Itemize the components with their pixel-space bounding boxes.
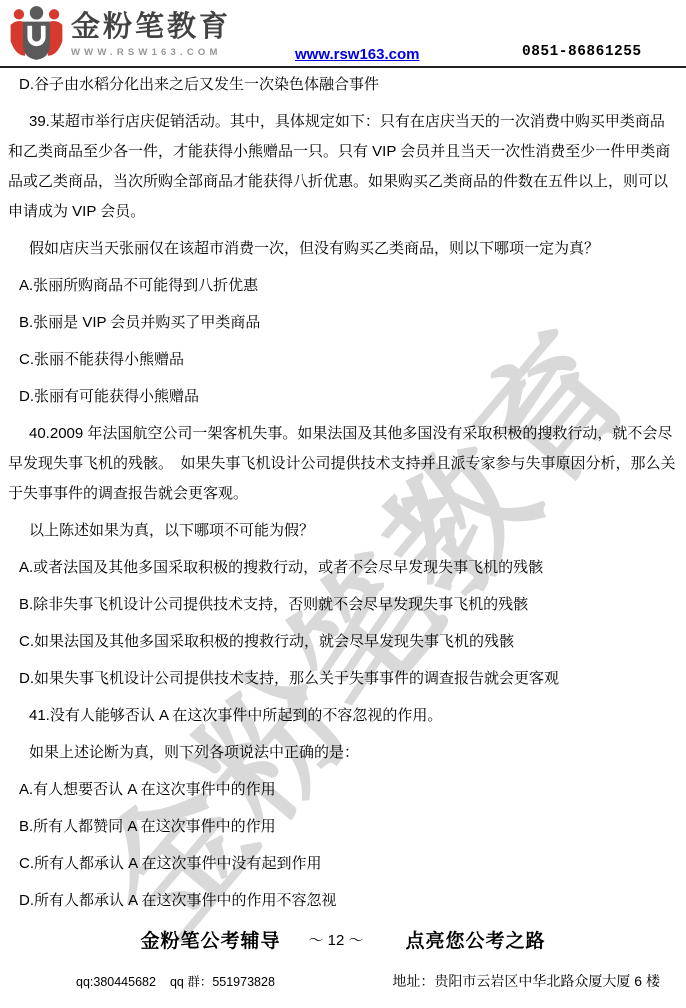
- question-39-option-a: A.张丽所购商品不可能得到八折优惠: [19, 271, 678, 301]
- footer-right-slogan: 点亮您公考之路: [406, 931, 546, 952]
- question-40-option-c: C.如果法国及其他多国采取积极的搜救行动，就会尽早发现失事飞机的残骸: [19, 627, 678, 657]
- question-39-option-c: C.张丽不能获得小熊赠品: [19, 345, 678, 375]
- question-list: D.谷子由水稻分化出来之后又发生一次染色体融合事件 39.某超市举行店庆促销活动…: [8, 70, 678, 923]
- footer-contacts: qq:380445682qq 群：551973828 地址：贵阳市云岩区中华北路…: [76, 971, 660, 991]
- brand-logo: 金粉笔教育 WWW.RSW163.COM: [8, 4, 231, 62]
- footer-slogans: 金粉笔公考辅导～ 12 ～点亮您公考之路: [0, 926, 686, 953]
- question-38-option-d: D.谷子由水稻分化出来之后又发生一次染色体融合事件: [19, 70, 678, 100]
- question-39-stem: 39.某超市举行店庆促销活动。其中，具体规定如下：只有在店庆当天的一次消费中购买…: [8, 107, 678, 227]
- document-page: 金粉笔教育 WWW.RSW163.COM www.rsw163.com 0851…: [0, 0, 686, 1008]
- people-emblem-icon: [8, 4, 65, 62]
- footer-brand-slogan: 金粉笔公考辅导: [140, 931, 280, 952]
- header-divider: [0, 66, 686, 68]
- qq-number: qq:380445682: [76, 975, 156, 989]
- footer-address: 地址：贵阳市云岩区中华北路众厦大厦 6 楼: [392, 971, 660, 991]
- question-41-option-b: B.所有人都赞同 A 在这次事件中的作用: [19, 812, 678, 842]
- question-41-option-d: D.所有人都承认 A 在这次事件中的作用不容忽视: [19, 886, 678, 916]
- question-39-option-b: B.张丽是 VIP 会员并购买了甲类商品: [19, 308, 678, 338]
- question-40-stem: 40.2009 年法国航空公司一架客机失事。如果法国及其他多国没有采取积极的搜救…: [8, 419, 678, 509]
- question-40: 40.2009 年法国航空公司一架客机失事。如果法国及其他多国没有采取积极的搜救…: [8, 419, 678, 694]
- question-41: 41.没有人能够否认 A 在这次事件中所起到的不容忽视的作用。 如果上述论断为真…: [8, 701, 678, 916]
- footer-qq-block: qq:380445682qq 群：551973828: [76, 972, 275, 990]
- question-40-option-d: D.如果失事飞机设计公司提供技术支持，那么关于失事事件的调查报告就会更客观: [19, 664, 678, 694]
- qq-group-number: qq 群：551973828: [170, 975, 275, 989]
- question-41-option-a: A.有人想要否认 A 在这次事件中的作用: [19, 775, 678, 805]
- question-40-option-b: B.除非失事飞机设计公司提供技术支持，否则就不会尽早发现失事飞机的残骸: [19, 590, 678, 620]
- header-website-link[interactable]: www.rsw163.com: [295, 46, 420, 63]
- question-39-option-d: D.张丽有可能获得小熊赠品: [19, 382, 678, 412]
- question-41-prompt: 如果上述论断为真，则下列各项说法中正确的是：: [8, 738, 678, 768]
- question-39: 39.某超市举行店庆促销活动。其中，具体规定如下：只有在店庆当天的一次消费中购买…: [8, 107, 678, 412]
- page-number: ～ 12 ～: [308, 932, 363, 949]
- question-40-option-a: A.或者法国及其他多国采取积极的搜救行动，或者不会尽早发现失事飞机的残骸: [19, 553, 678, 583]
- question-40-prompt: 以上陈述如果为真，以下哪项不可能为假？: [8, 516, 678, 546]
- question-41-option-c: C.所有人都承认 A 在这次事件中没有起到作用: [19, 849, 678, 879]
- question-41-stem: 41.没有人能够否认 A 在这次事件中所起到的不容忽视的作用。: [8, 701, 678, 731]
- brand-text-block: 金粉笔教育 WWW.RSW163.COM: [71, 4, 231, 58]
- header-phone: 0851-86861255: [522, 44, 642, 60]
- page-header: 金粉笔教育 WWW.RSW163.COM www.rsw163.com 0851…: [0, 0, 686, 69]
- brand-name: 金粉笔教育: [71, 12, 231, 44]
- brand-website: WWW.RSW163.COM: [71, 47, 231, 58]
- question-39-prompt: 假如店庆当天张丽仅在该超市消费一次，但没有购买乙类商品，则以下哪项一定为真？: [8, 234, 678, 264]
